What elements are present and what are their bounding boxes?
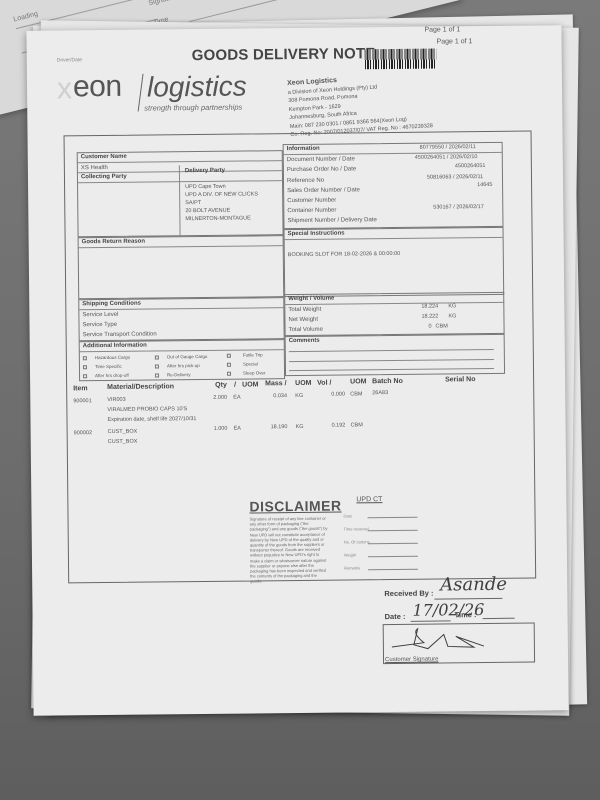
signature-scribble-icon: [384, 624, 534, 656]
item-vol: 0.192: [332, 423, 346, 429]
item-material: VIR003: [107, 397, 125, 403]
additional-option: Out of Gauge Cargo: [167, 354, 208, 359]
item-mass-uom: KG: [296, 424, 304, 430]
bg-label: Signature: [148, 0, 179, 7]
disclaimer-field: Date: [344, 513, 353, 518]
shipping-row-label: Service Transport Condition: [83, 331, 157, 338]
item-material: CUST_BOX: [108, 429, 138, 435]
item-vol-uom: CBM: [350, 391, 362, 397]
information-label: Information: [287, 146, 320, 152]
date-label: Date :: [385, 612, 406, 621]
column-header: Vol /: [317, 380, 331, 387]
item-uom: EA: [233, 395, 240, 401]
additional-option: After hrs pick-up: [167, 363, 200, 368]
checkbox[interactable]: [227, 354, 231, 358]
item-uom: EA: [234, 426, 241, 432]
weight-row-label: Net Weight: [288, 317, 318, 323]
item-number: 900001: [73, 398, 91, 404]
page-indicator: Page 1 of 1: [424, 26, 460, 33]
checkbox[interactable]: [83, 356, 87, 360]
item-number: 900002: [74, 430, 92, 436]
additional-option: Hazardous Cargo: [95, 355, 130, 360]
disclaimer-field: Remarks: [344, 565, 360, 570]
shipping-row-label: Service Type: [82, 322, 117, 328]
checkbox[interactable]: [227, 372, 231, 376]
info-row-label: Document Number / Date: [287, 156, 355, 163]
goods-return-label: Goods Return Reason: [82, 239, 145, 246]
driver-date-label: Driver/Date: [57, 57, 82, 63]
additional-option: Sleep Over: [243, 370, 266, 375]
item-batch: 26A83: [372, 390, 388, 396]
shipping-conditions-label: Shipping Conditions: [82, 301, 141, 308]
weight-row-value: 18.224: [421, 304, 438, 310]
info-row-label: Purchase Order No / Date: [287, 166, 356, 173]
received-by-label: Received By :: [384, 589, 433, 599]
delivery-party-label: Delivery Party: [185, 168, 225, 174]
column-header: Material/Description: [107, 383, 174, 391]
additional-info-label: Additional Information: [83, 343, 147, 350]
barcode-icon: [365, 49, 437, 70]
customer-name-label: Customer Name: [81, 154, 127, 160]
info-row-label: Sales Order Number / Date: [287, 187, 360, 194]
disclaimer-field: No. Of cartons: [344, 539, 370, 544]
comments-label: Comments: [289, 338, 320, 344]
collecting-party-label: Collecting Party: [81, 174, 127, 180]
info-row-label: Customer Number: [287, 198, 336, 205]
weight-volume-label: Weight / Volume: [288, 296, 334, 302]
time-label: Time :: [455, 610, 477, 619]
item-description: CUST_BOX: [108, 439, 138, 445]
delivery-party-line: UPD A DIV. OF NEW CLICKS: [185, 191, 258, 198]
disclaimer-field: Weight: [344, 552, 356, 557]
info-row-label: Container Number: [287, 208, 336, 215]
customer-signature-label: Customer Signature: [385, 657, 438, 664]
column-header: UOM: [242, 381, 258, 388]
shipping-row-label: Service Level: [82, 312, 118, 318]
company-address: Xeon Logistics a Division of Xeon Holdin…: [287, 71, 433, 139]
item-mass-uom: KG: [295, 393, 303, 399]
delivery-party-line: SA/PT: [185, 200, 201, 206]
bg-label: Loading: [13, 11, 39, 24]
column-header: UOM: [350, 378, 366, 385]
checkbox[interactable]: [155, 364, 159, 368]
item-vol-uom: CBM: [351, 422, 363, 428]
logo-brand-left: eon: [73, 70, 122, 105]
info-row-value: 530167 / 2026/02/17: [433, 204, 484, 211]
logo-divider: [138, 74, 144, 112]
additional-option: Futile Trip: [243, 352, 263, 357]
special-instructions-label: Special Instructions: [288, 230, 345, 237]
checkbox[interactable]: [83, 365, 87, 369]
disclaimer-body: Signature of receipt of any line contain…: [250, 516, 329, 584]
info-row-value: 50816063 / 2026/02/11: [427, 174, 483, 181]
column-header: Serial No: [445, 376, 475, 383]
delivery-note-sheet: Page 1 of 1 Page 1 of 1 Driver/Date GOOD…: [26, 25, 568, 716]
special-instructions-value: BOOKING SLOT FOR 18-02-2026 & 00:00:00: [288, 251, 400, 258]
delivery-party-line: 20 BOLT AVENUE: [185, 208, 230, 214]
item-description: VIRALMED PROBIO CAPS 10'S: [107, 406, 187, 413]
weight-row-value: 0: [429, 324, 432, 330]
column-header: Item: [73, 385, 87, 392]
logo-x-mark: x: [57, 72, 72, 106]
checkbox[interactable]: [155, 355, 159, 359]
additional-option: Time Specific: [95, 364, 122, 369]
logo-tagline: strength through partnerships: [144, 103, 242, 113]
item-qty: 1.000: [214, 426, 228, 432]
info-row-value: 4500264051 / 2026/02/10: [415, 154, 478, 161]
weight-row-label: Total Weight: [288, 307, 321, 313]
info-row-value: 4500264051: [455, 163, 486, 169]
additional-option: After hrs drop-off: [95, 373, 129, 378]
weight-row-unit: KG: [448, 303, 456, 309]
checkbox[interactable]: [227, 363, 231, 367]
page-indicator: Page 1 of 1: [437, 38, 473, 45]
additional-option: Re-Delivery: [167, 372, 191, 377]
weight-row-label: Total Volume: [289, 327, 323, 333]
info-row-value: 80779550 / 2026/02/11: [420, 144, 476, 151]
info-row-label: Reference No: [287, 178, 324, 184]
column-header: Mass /: [265, 380, 286, 387]
customer-name-value: XS Health: [81, 165, 108, 171]
item-qty: 2.000: [213, 395, 227, 401]
item-vol: 0.000: [331, 392, 345, 398]
disclaimer-field: Time received: [344, 526, 369, 531]
info-row-value: 14645: [477, 182, 492, 188]
item-mass: 0.034: [273, 393, 287, 399]
weight-row-unit: KG: [448, 313, 456, 319]
delivery-party-line: UPD Cape Town: [185, 184, 226, 190]
checkbox[interactable]: [155, 373, 159, 377]
disclaimer-stamp: UPD CT: [356, 496, 382, 503]
checkbox[interactable]: [83, 374, 87, 378]
column-header: UOM: [295, 380, 311, 387]
document-title: GOODS DELIVERY NOTE: [192, 45, 376, 64]
weight-row-unit: CBM: [436, 323, 448, 329]
info-row-label: Shipment Number / Delivery Date: [287, 217, 376, 224]
item-note: Expiration date, shelf life 2027/10/31: [107, 416, 196, 423]
column-header: Batch No: [372, 378, 403, 385]
delivery-party-line: MILNERTON-MONTAGUE: [185, 215, 250, 222]
weight-row-value: 18.222: [421, 314, 438, 320]
item-mass: 18.190: [271, 424, 288, 430]
column-header: Qty: [215, 382, 227, 389]
additional-option: Special: [243, 361, 258, 366]
received-by-signature: Asande: [440, 574, 507, 596]
disclaimer-title: DISCLAIMER: [249, 498, 341, 515]
column-header: /: [234, 382, 236, 389]
logo-brand-right: logistics: [147, 71, 247, 104]
